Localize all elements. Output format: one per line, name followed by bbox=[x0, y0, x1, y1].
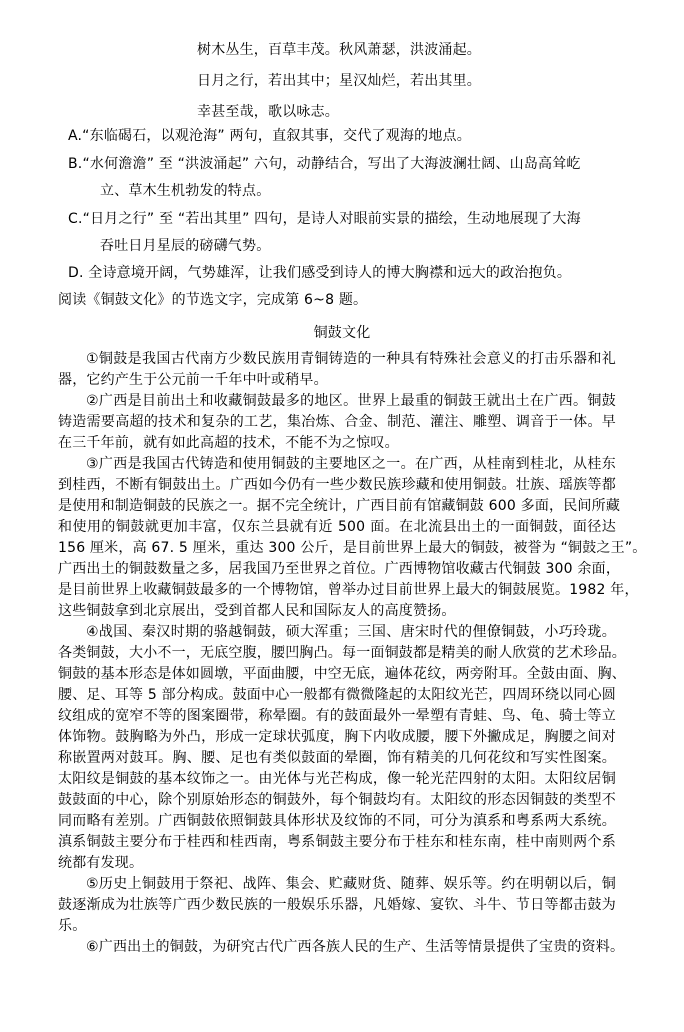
option-a: A.“东临碣石，以观沧海” 两句，直叙其事，交代了观海的地点。 bbox=[68, 128, 471, 144]
paragraph-line: 广西出土的铜鼓数量之多，居我国乃至世界之首位。广西博物馆收藏古代铜鼓 300 余… bbox=[58, 561, 616, 577]
paragraph-line: ⑥广西出土的铜鼓，为研究古代广西各族人民的生产、生活等情景提供了宝贵的资料。 bbox=[86, 939, 616, 955]
paragraph-line: 乐。 bbox=[58, 918, 616, 934]
paragraph-line: 体饰物。鼓胸略为外凸，形成一定球状弧度，胸下内收成腰，腰下外撇成足，胸腰之间对 bbox=[58, 729, 616, 745]
paragraph-line: 是目前世界上收藏铜鼓最多的一个博物馆，曾举办过目前世界上最大的铜鼓展览。1982… bbox=[58, 582, 616, 598]
paragraph-line: ②广西是目前出土和收藏铜鼓最多的地区。世界上最重的铜鼓王就出土在广西。铜鼓 bbox=[86, 393, 616, 409]
paragraph-line: 铸造需要高超的技术和复杂的工艺，集冶炼、合金、制范、灌注、雕塑、调音于一体。早 bbox=[58, 414, 616, 430]
paragraph-line: 鼓鼓面的中心，除个别原始形态的铜鼓外，每个铜鼓均有。太阳纹的形态因铜鼓的类型不 bbox=[58, 792, 616, 808]
paragraph-line: 腰、足、耳等 5 部分构成。鼓面中心一般都有微微隆起的太阳纹光芒，四周环绕以同心… bbox=[58, 687, 616, 703]
poem-line: 日月之行，若出其中；星汉灿烂，若出其里。 bbox=[197, 73, 481, 89]
paragraph-line: 滇系铜鼓主要分布于桂西和桂西南，粤系铜鼓主要分布于桂东和桂东南，桂中南则两个系 bbox=[58, 834, 616, 850]
paragraph-line: 同而略有差别。广西铜鼓依照铜鼓具体形状及纹饰的不同，可分为滇系和粤系两大系统。 bbox=[58, 813, 616, 829]
paragraph-line: 器，它约产生于公元前一千年中叶或稍早。 bbox=[58, 372, 616, 388]
paragraph-line: ④战国、秦汉时期的骆越铜鼓，硕大浑重；三国、唐宋时代的俚僚铜鼓，小巧玲珑。 bbox=[86, 624, 616, 640]
paragraph-line: 称嵌置两对鼓耳。胸、腰、足也有类似鼓面的晕圈，饰有精美的几何花纹和写实性图案。 bbox=[58, 750, 616, 766]
option-d: D. 全诗意境开阔，气势雄浑，让我们感受到诗人的博大胸襟和远大的政治抱负。 bbox=[68, 265, 571, 281]
paragraph-line: ③广西是我国古代铸造和使用铜鼓的主要地区之一。在广西，从桂南到桂北，从桂东 bbox=[86, 456, 616, 472]
option-b: B.“水何澹澹” 至 “洪波涌起” 六句，动静结合，写出了大海波澜壮阔、山岛高耸… bbox=[68, 156, 581, 172]
paragraph-line: 156 厘米，高 67. 5 厘米，重达 300 公斤，是目前世界上最大的铜鼓，… bbox=[58, 540, 616, 556]
reading-instruction: 阅读《铜鼓文化》的节选文字，完成第 6~8 题。 bbox=[58, 292, 367, 308]
poem-line: 树木丛生，百草丰茂。秋风萧瑟，洪波涌起。 bbox=[197, 42, 481, 58]
paragraph-line: 各类铜鼓，大小不一，无底空腹，腰凹胸凸。每一面铜鼓都是精美的耐人欣赏的艺术珍品。 bbox=[58, 645, 616, 661]
paragraph-line: 纹组成的宽窄不等的图案圈带，称晕圈。有的鼓面最外一晕塑有青蛙、鸟、龟、骑士等立 bbox=[58, 708, 616, 724]
paragraph-line: ⑤历史上铜鼓用于祭祀、战阵、集会、贮藏财货、随葬、娱乐等。约在明朝以后，铜 bbox=[86, 876, 616, 892]
option-b-continued: 立、草木生机勃发的特点。 bbox=[100, 183, 270, 199]
option-c-continued: 吞吐日月星辰的磅礴气势。 bbox=[100, 238, 270, 254]
paragraph-line: 统都有发现。 bbox=[58, 855, 616, 871]
paragraph-line: ①铜鼓是我国古代南方少数民族用青铜铸造的一种具有特殊社会意义的打击乐器和礼 bbox=[86, 351, 616, 367]
paragraph-line: 和使用的铜鼓就更加丰富，仅东兰县就有近 500 面。在北流县出土的一面铜鼓，面径… bbox=[58, 519, 616, 535]
paragraph-line: 是使用和制造铜鼓的民族之一。据不完全统计，广西目前有馆藏铜鼓 600 多面，民间… bbox=[58, 498, 616, 514]
paragraph-line: 太阳纹是铜鼓的基本纹饰之一。由光体与光芒构成，像一轮光茫四射的太阳。太阳纹居铜 bbox=[58, 771, 616, 787]
paragraph-line: 在三千年前，就有如此高超的技术，不能不为之惊叹。 bbox=[58, 435, 616, 451]
poem-line: 幸甚至哉，歌以咏志。 bbox=[197, 104, 339, 120]
paragraph-line: 这些铜鼓拿到北京展出，受到首都人民和国际友人的高度赞扬。 bbox=[58, 603, 616, 619]
paragraph-line: 到桂西，不断有铜鼓出土。广西如今仍有一些少数民族珍藏和使用铜鼓。壮族、瑶族等都 bbox=[58, 477, 616, 493]
article-title: 铜鼓文化 bbox=[0, 325, 684, 341]
paragraph-line: 鼓逐渐成为壮族等广西少数民族的一般娱乐乐器，凡婚嫁、宴钦、斗牛、节日等都击鼓为 bbox=[58, 897, 616, 913]
paragraph-line: 铜鼓的基本形态是体如圆墩，平面曲腰，中空无底，遍体花纹，两旁附耳。全鼓由面、胸、 bbox=[58, 666, 616, 682]
option-c: C.“日月之行” 至 “若出其里” 四句，是诗人对眼前实景的描绘，生动地展现了大… bbox=[68, 211, 581, 227]
